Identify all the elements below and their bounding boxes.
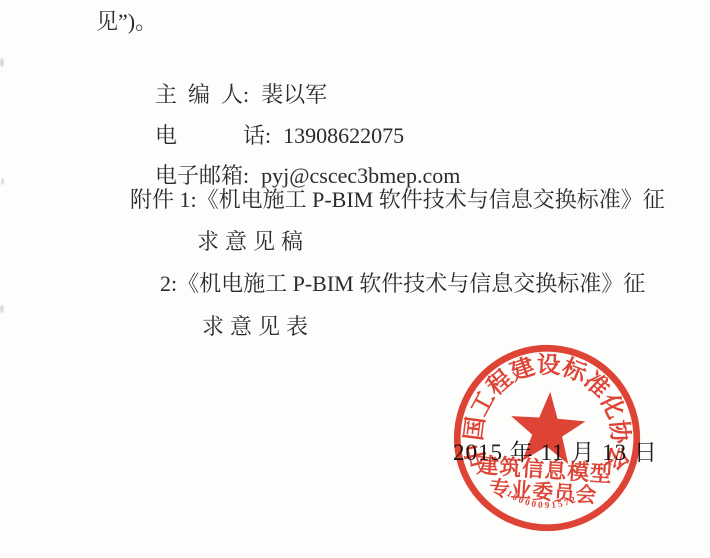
scan-speck — [1, 178, 4, 185]
email-value: pyj@cscec3bmep.com — [261, 163, 460, 188]
attachment-1-title: 《机电施工 P-BIM 软件技术与信息交换标准》征 — [197, 187, 665, 212]
scan-speck — [0, 58, 4, 67]
attachment-1-number: 附件 1: — [130, 187, 197, 212]
official-seal: 中国工程建设标准化协会 建筑信息模型 专业委员会 110000091572 — [446, 337, 649, 540]
opening-line: 见”)。 — [96, 8, 157, 36]
attachment-line-1-wrap: 求意见稿 — [197, 228, 309, 256]
attachment-2-title: 《机电施工 P-BIM 软件技术与信息交换标准》征 — [177, 271, 645, 296]
attachment-line-2-wrap: 求意见表 — [202, 313, 314, 341]
scan-speck — [0, 305, 4, 313]
attachment-line-1: 附件 1:《机电施工 P-BIM 软件技术与信息交换标准》征 — [130, 186, 665, 214]
scanned-letter-page: 见”)。 主 编 人:裴以军 电 话:13908622075 电子邮箱:pyj@… — [0, 0, 710, 558]
attachment-line-2: 2:《机电施工 P-BIM 软件技术与信息交换标准》征 — [160, 270, 645, 298]
seal-star-icon — [508, 389, 587, 465]
official-seal-graphic: 中国工程建设标准化协会 建筑信息模型 专业委员会 110000091572 — [446, 337, 649, 540]
attachment-2-number: 2: — [160, 271, 177, 296]
email-label: 电子邮箱: — [155, 163, 249, 188]
